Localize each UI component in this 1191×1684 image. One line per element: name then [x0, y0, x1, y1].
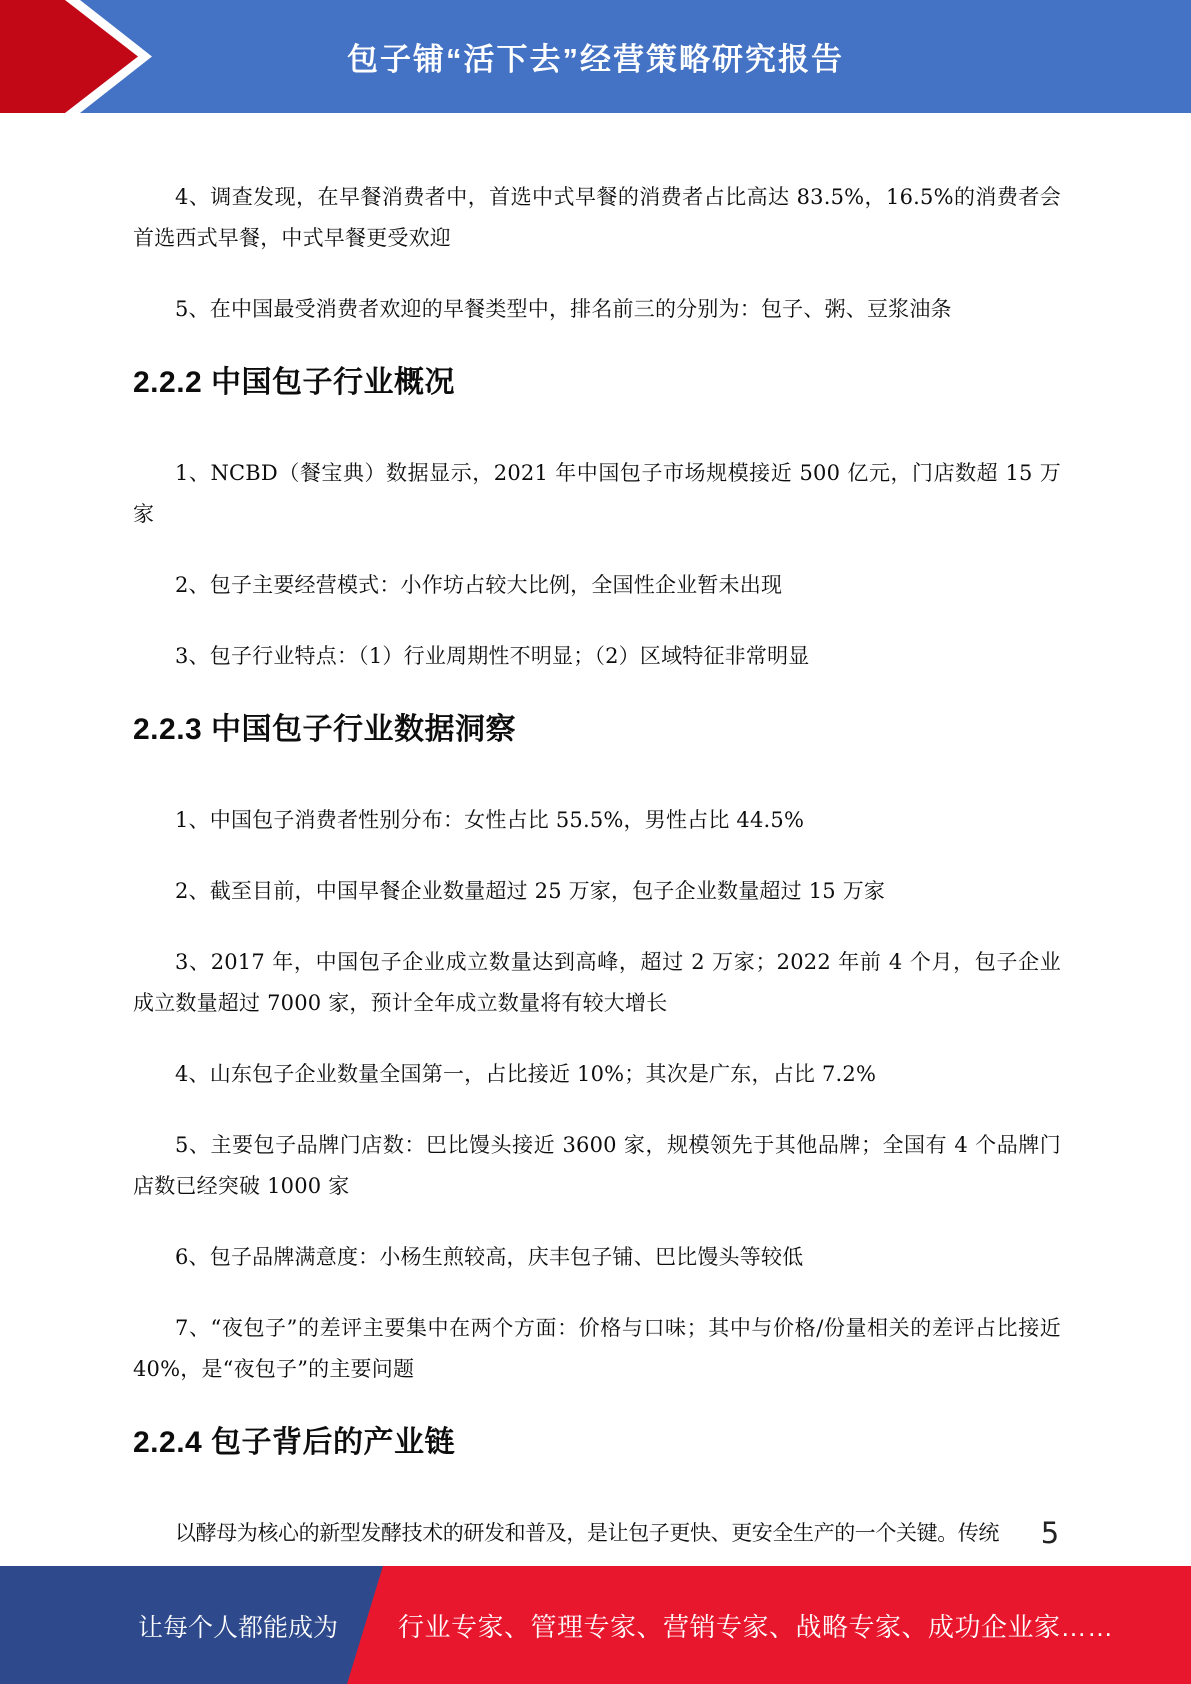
body-paragraph: 5、主要包子品牌门店数：巴比馒头接近 3600 家，规模领先于其他品牌；全国有 … [133, 1125, 1061, 1207]
footer-banner: 让每个人都能成为 行业专家、管理专家、营销专家、战略专家、成功企业家…… [0, 1566, 1191, 1684]
red-arrow-icon [0, 0, 160, 113]
footer-slogan-right: 行业专家、管理专家、营销专家、战略专家、成功企业家…… [398, 1610, 1114, 1644]
body-paragraph: 5、在中国最受消费者欢迎的早餐类型中，排名前三的分别为：包子、粥、豆浆油条 [133, 289, 1061, 330]
section-heading: 2.2.2 中国包子行业概况 [133, 360, 1061, 405]
body-paragraph: 1、NCBD（餐宝典）数据显示，2021 年中国包子市场规模接近 500 亿元，… [133, 453, 1061, 535]
body-paragraph: 6、包子品牌满意度：小杨生煎较高，庆丰包子铺、巴比馒头等较低 [133, 1237, 1061, 1278]
page-number: 5 [1030, 1516, 1070, 1550]
section-heading: 2.2.4 包子背后的产业链 [133, 1420, 1061, 1465]
body-paragraph: 1、中国包子消费者性别分布：女性占比 55.5%，男性占比 44.5% [133, 800, 1061, 841]
footer-slogan-left: 让每个人都能成为 [138, 1612, 348, 1644]
header-banner: 包子铺“活下去”经营策略研究报告 [0, 0, 1191, 113]
body-paragraph: 4、山东包子企业数量全国第一，占比接近 10%；其次是广东，占比 7.2% [133, 1054, 1061, 1095]
body-paragraph: 2、包子主要经营模式：小作坊占较大比例，全国性企业暂未出现 [133, 565, 1061, 606]
report-title: 包子铺“活下去”经营策略研究报告 [347, 34, 844, 79]
body-paragraph: 4、调查发现，在早餐消费者中，首选中式早餐的消费者占比高达 83.5%，16.5… [133, 177, 1061, 259]
body-paragraph: 以酵母为核心的新型发酵技术的研发和普及，是让包子更快、更安全生产的一个关键。传统 [133, 1513, 1061, 1554]
body-paragraph: 2、截至目前，中国早餐企业数量超过 25 万家，包子企业数量超过 15 万家 [133, 871, 1061, 912]
body-paragraph: 3、2017 年，中国包子企业成立数量达到高峰，超过 2 万家；2022 年前 … [133, 942, 1061, 1024]
section-heading: 2.2.3 中国包子行业数据洞察 [133, 707, 1061, 752]
body-paragraph: 7、“夜包子”的差评主要集中在两个方面：价格与口味；其中与价格/份量相关的差评占… [133, 1308, 1061, 1390]
document-body: 4、调查发现，在早餐消费者中，首选中式早餐的消费者占比高达 83.5%，16.5… [133, 113, 1061, 1584]
body-paragraph: 3、包子行业特点：（1）行业周期性不明显；（2）区域特征非常明显 [133, 636, 1061, 677]
document-page: 包子铺“活下去”经营策略研究报告 4、调查发现，在早餐消费者中，首选中式早餐的消… [0, 0, 1191, 1684]
